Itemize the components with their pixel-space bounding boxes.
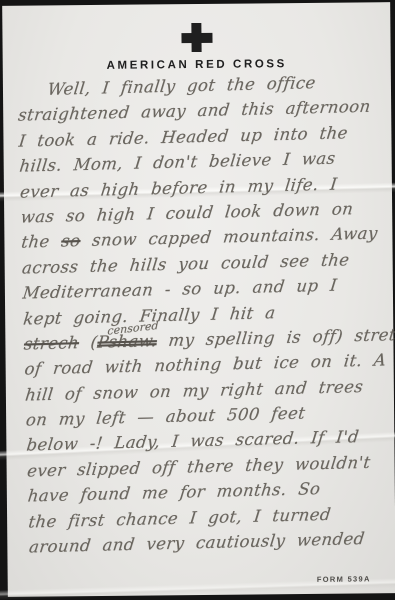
form-number: FORM 539A [317,574,371,584]
scanned-letter-photo: AMERICAN RED CROSS Well, I finally got t… [0,0,395,600]
handwriting-segment: Well, I finally got the office [46,73,316,99]
organization-name: AMERICAN RED CROSS [3,57,391,73]
scribbled-out-word: censoredPshaw. [96,331,158,352]
letterhead: AMERICAN RED CROSS [2,21,390,73]
letter-body: Well, I finally got the officestraighten… [15,71,393,563]
letter-paper: AMERICAN RED CROSS Well, I finally got t… [2,2,395,597]
scribbled-out-word: strech [23,333,80,353]
handwriting-segment: the [20,232,62,252]
scribbled-out-word: so [60,231,81,251]
handwriting-segment: ( [78,333,99,353]
red-cross-icon [181,23,212,52]
